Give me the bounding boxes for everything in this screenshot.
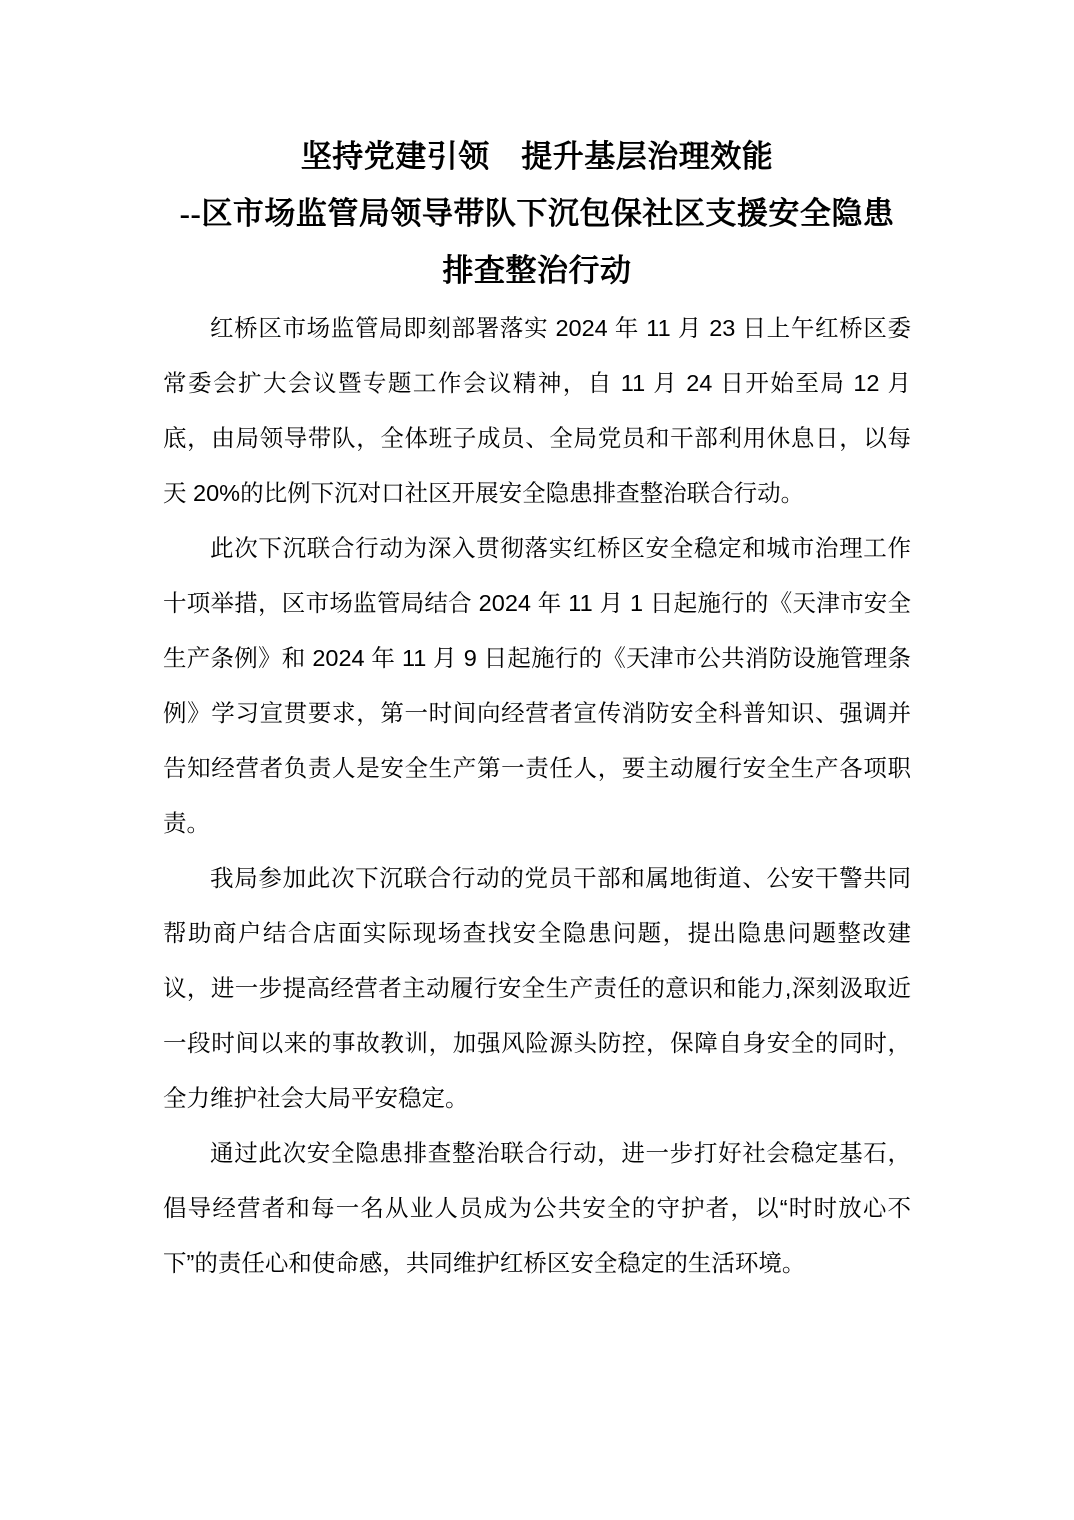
title-line-3: 排查整治行动 xyxy=(163,242,911,299)
title-line-2: --区市场监管局领导带队下沉包保社区支援安全隐患 xyxy=(163,185,911,242)
document-page: 坚持党建引领 提升基层治理效能 --区市场监管局领导带队下沉包保社区支援安全隐患… xyxy=(0,0,1074,1520)
paragraph-1: 红桥区市场监管局即刻部署落实 2024 年 11 月 23 日上午红桥区委常委会… xyxy=(163,301,911,521)
paragraph-2: 此次下沉联合行动为深入贯彻落实红桥区安全稳定和城市治理工作十项举措，区市场监管局… xyxy=(163,521,911,851)
paragraph-4: 通过此次安全隐患排查整治联合行动，进一步打好社会稳定基石，倡导经营者和每一名从业… xyxy=(163,1126,911,1291)
paragraph-3: 我局参加此次下沉联合行动的党员干部和属地街道、公安干警共同帮助商户结合店面实际现… xyxy=(163,851,911,1126)
document-title: 坚持党建引领 提升基层治理效能 --区市场监管局领导带队下沉包保社区支援安全隐患… xyxy=(163,128,911,299)
document-body: 红桥区市场监管局即刻部署落实 2024 年 11 月 23 日上午红桥区委常委会… xyxy=(163,301,911,1291)
title-line-1: 坚持党建引领 提升基层治理效能 xyxy=(163,128,911,185)
